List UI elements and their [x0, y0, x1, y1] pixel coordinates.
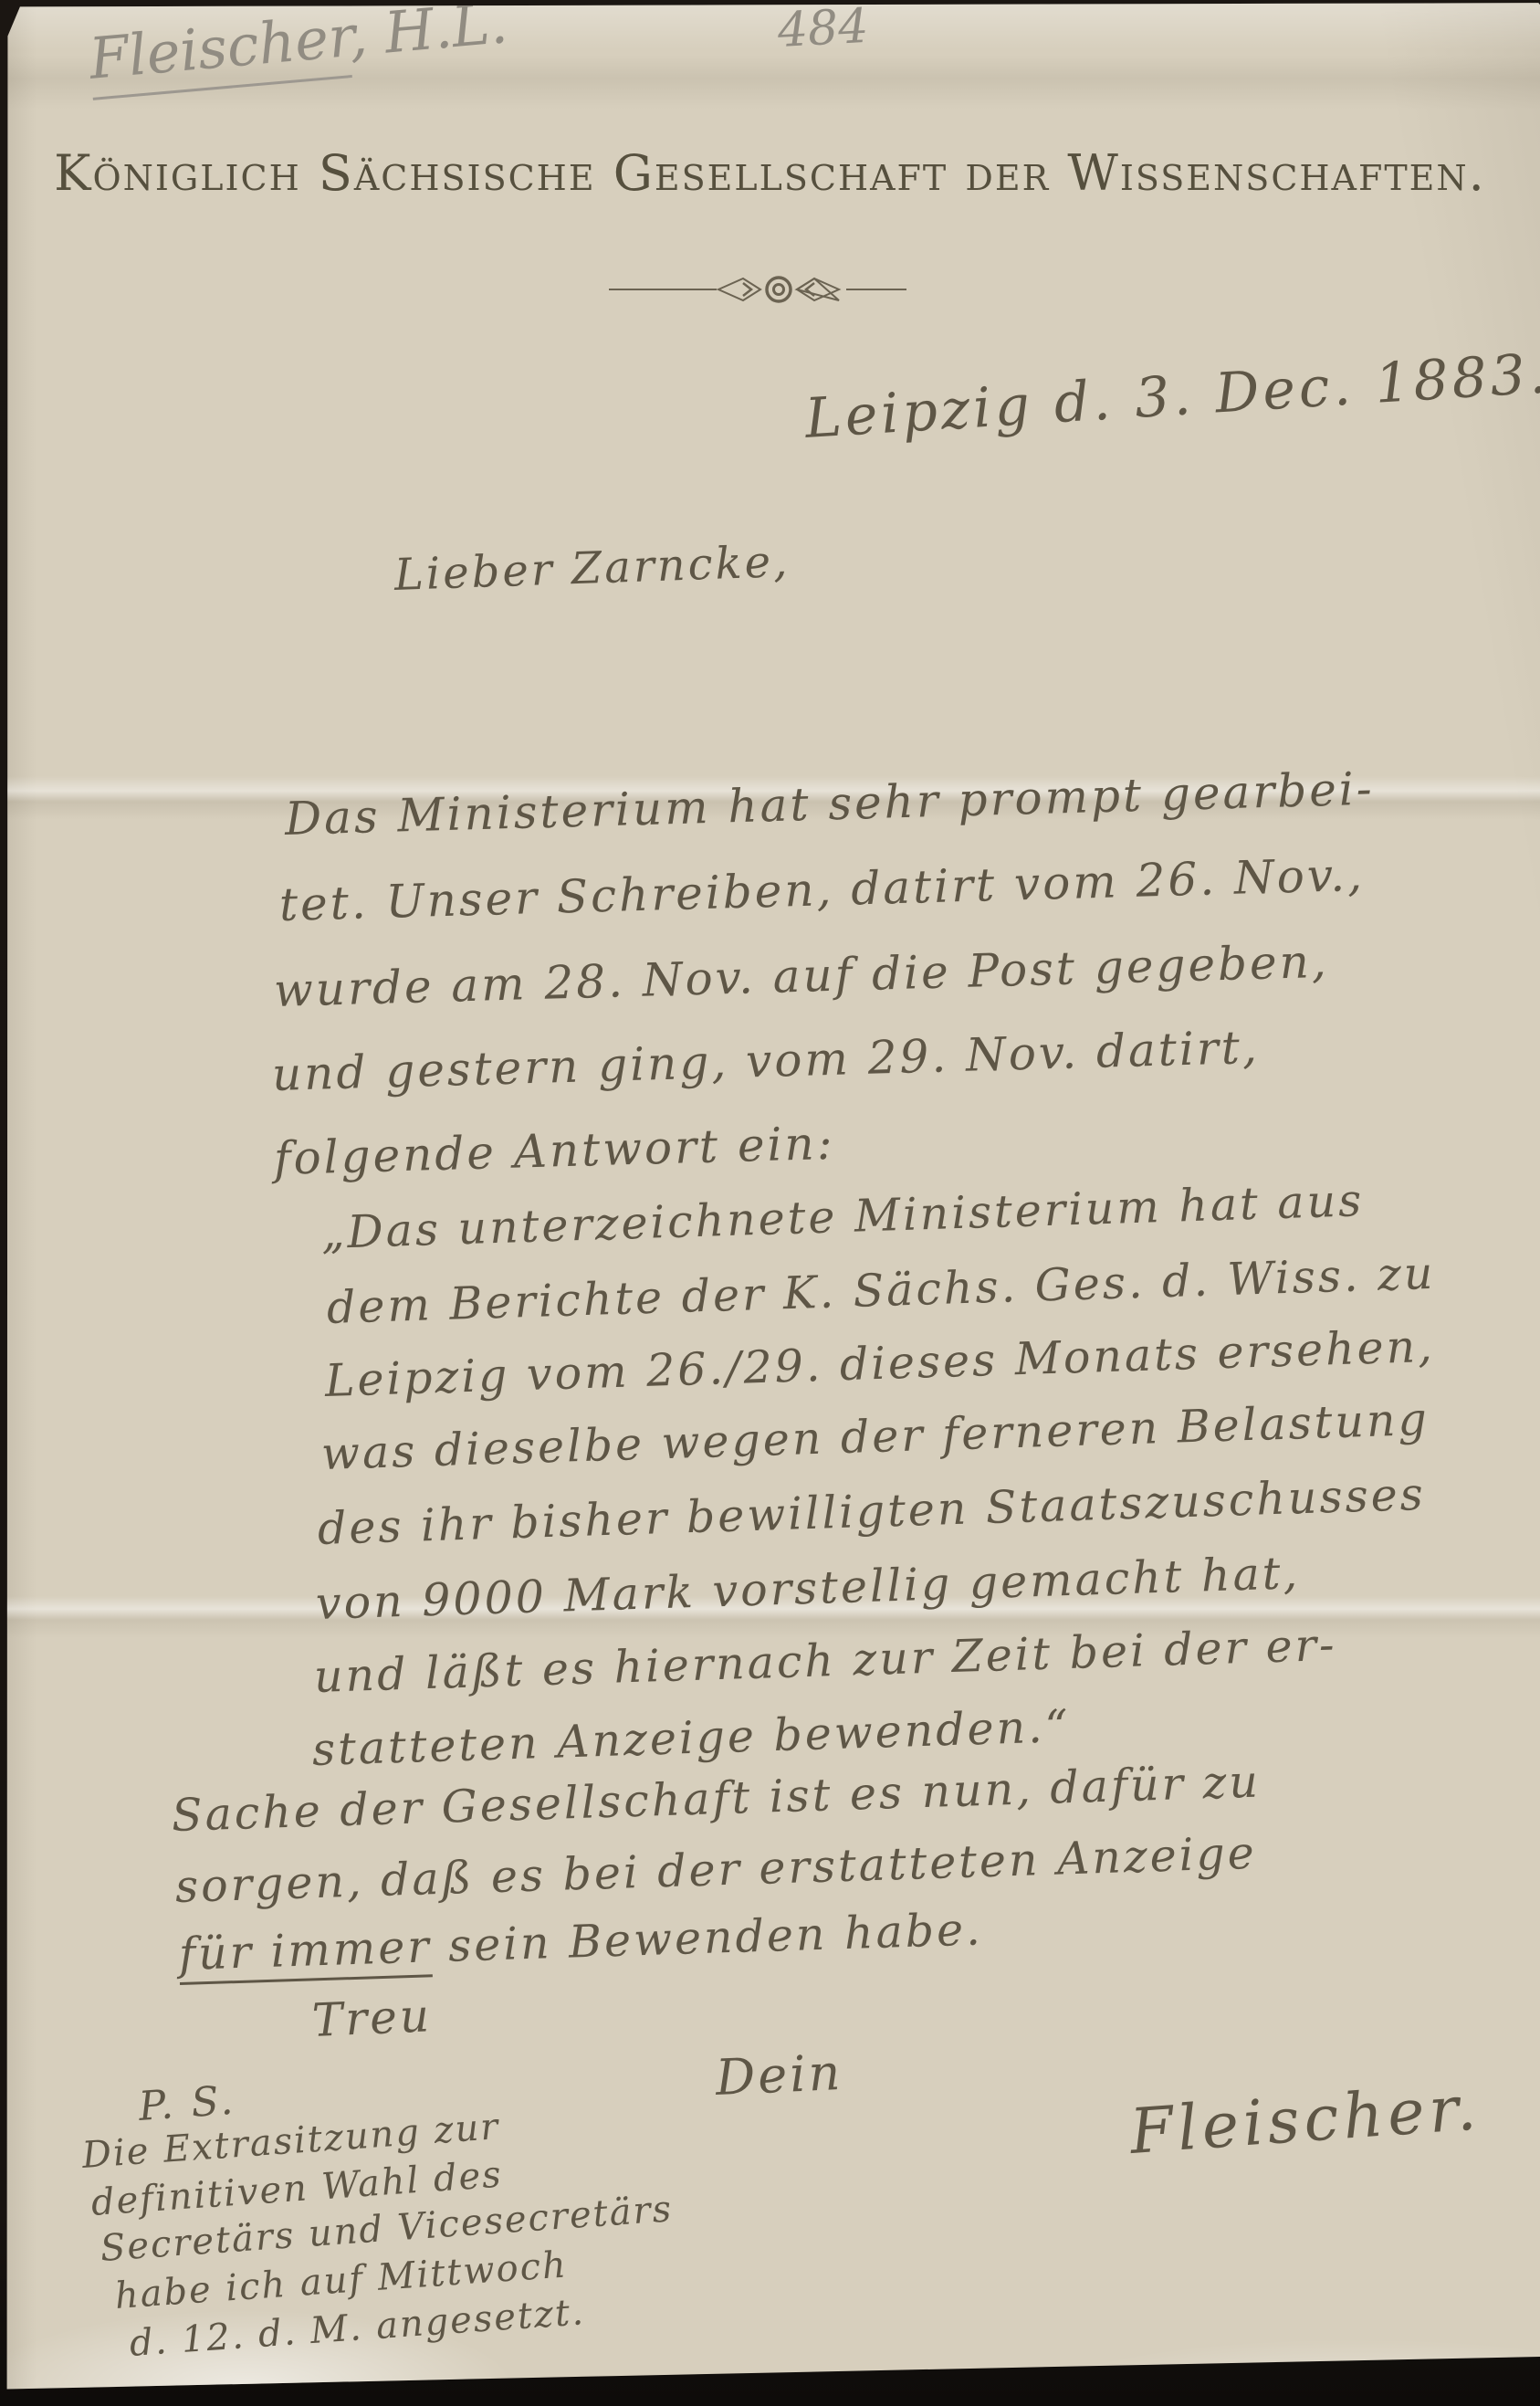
quote-line: des ihr bisher bewilligten Staatszuschus… — [317, 1468, 1426, 1555]
letterhead-title: Königlich Sächsische Gesellschaft der Wi… — [0, 146, 1540, 200]
quote-line: „Das unterzeichnete Ministerium hat aus — [320, 1174, 1365, 1259]
pencil-owner-annotation: Fleischer, H.L. — [87, 0, 510, 92]
dateline: Leipzig d. 3. Dec. 1883. — [803, 341, 1540, 451]
pencil-folio-number: 484 — [776, 0, 869, 58]
body-line: tet. Unser Schreiben, datirt vom 26. Nov… — [278, 848, 1365, 931]
body-line: wurde am 28. Nov. auf die Post gegeben, — [273, 935, 1329, 1017]
body-line: und gestern ging, vom 29. Nov. datirt, — [271, 1021, 1260, 1101]
quote-line: von 9000 Mark vorstellig gemacht hat, — [315, 1547, 1301, 1630]
closing-treu: Treu — [311, 1989, 433, 2047]
quote-line: dem Berichte der K. Sächs. Ges. d. Wiss.… — [326, 1247, 1436, 1334]
underlined-phrase: für immer — [178, 1920, 433, 1985]
signature: Fleischer. — [1127, 2072, 1482, 2169]
body-line: für immer sein Bewenden habe. — [178, 1903, 983, 1980]
pencil-owner-name: Fleischer — [87, 3, 352, 100]
quote-line: was dieselbe wegen der ferneren Belastun… — [320, 1393, 1430, 1480]
quote-line: und läßt es hiernach zur Zeit bei der er… — [313, 1619, 1337, 1703]
body-line-rest: sein Bewenden habe. — [431, 1903, 984, 1972]
body-line: Das Ministerium hat sehr prompt gearbei- — [284, 762, 1375, 846]
letter-paper: Fleischer, H.L. 484 Königlich Sächsische… — [0, 0, 1540, 2406]
scan-background: Fleischer, H.L. 484 Königlich Sächsische… — [0, 0, 1540, 2406]
closing-dein: Dein — [715, 2044, 844, 2107]
pencil-owner-initials: , H.L. — [346, 0, 510, 69]
salutation: Lieber Zarncke, — [393, 536, 791, 601]
ornament-divider-icon — [607, 268, 908, 310]
postscript-label: P. S. — [137, 2077, 237, 2130]
quote-line: Leipzig vom 26./29. dieses Monats ersehe… — [324, 1320, 1435, 1407]
body-line: folgende Antwort ein: — [273, 1117, 835, 1185]
body-line: sorgen, daß es bei der erstatteten Anzei… — [174, 1827, 1257, 1913]
